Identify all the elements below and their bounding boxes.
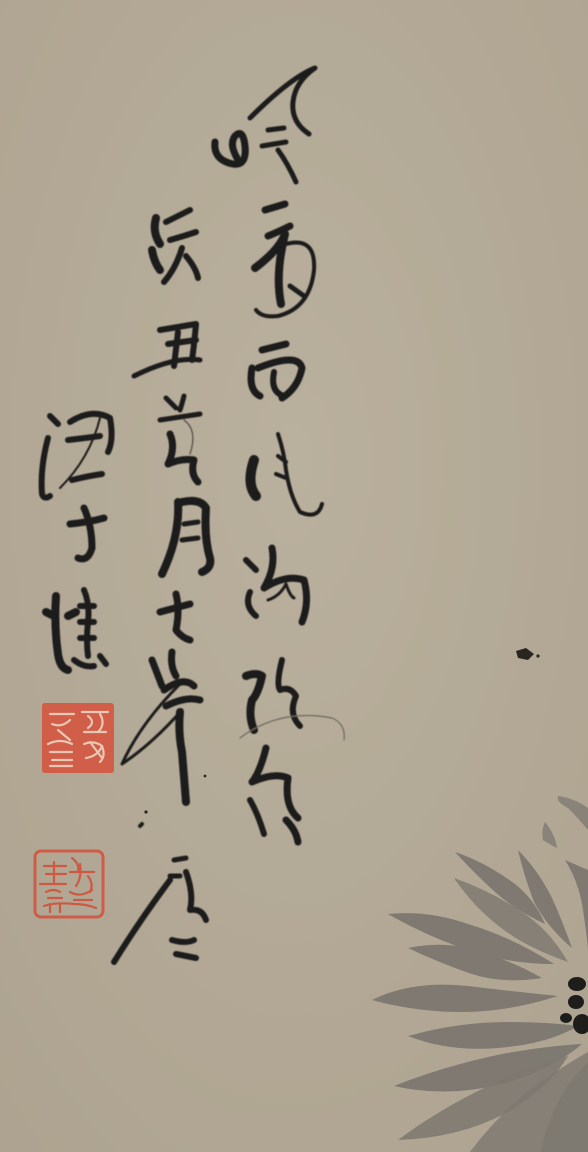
inscription-column-3-text: 汪士慎 <box>40 400 41 680</box>
inscription-column-2-text: 癸丑菊月七峯居 <box>135 200 136 970</box>
painting-scroll: 晚菊西風滿路香 癸丑菊月七峯居 汪士慎 <box>0 0 588 1152</box>
inscription-column-1-text: 晚菊西風滿路香 <box>240 70 241 870</box>
seal-upper <box>42 703 114 773</box>
scroll-artwork <box>0 0 588 1152</box>
